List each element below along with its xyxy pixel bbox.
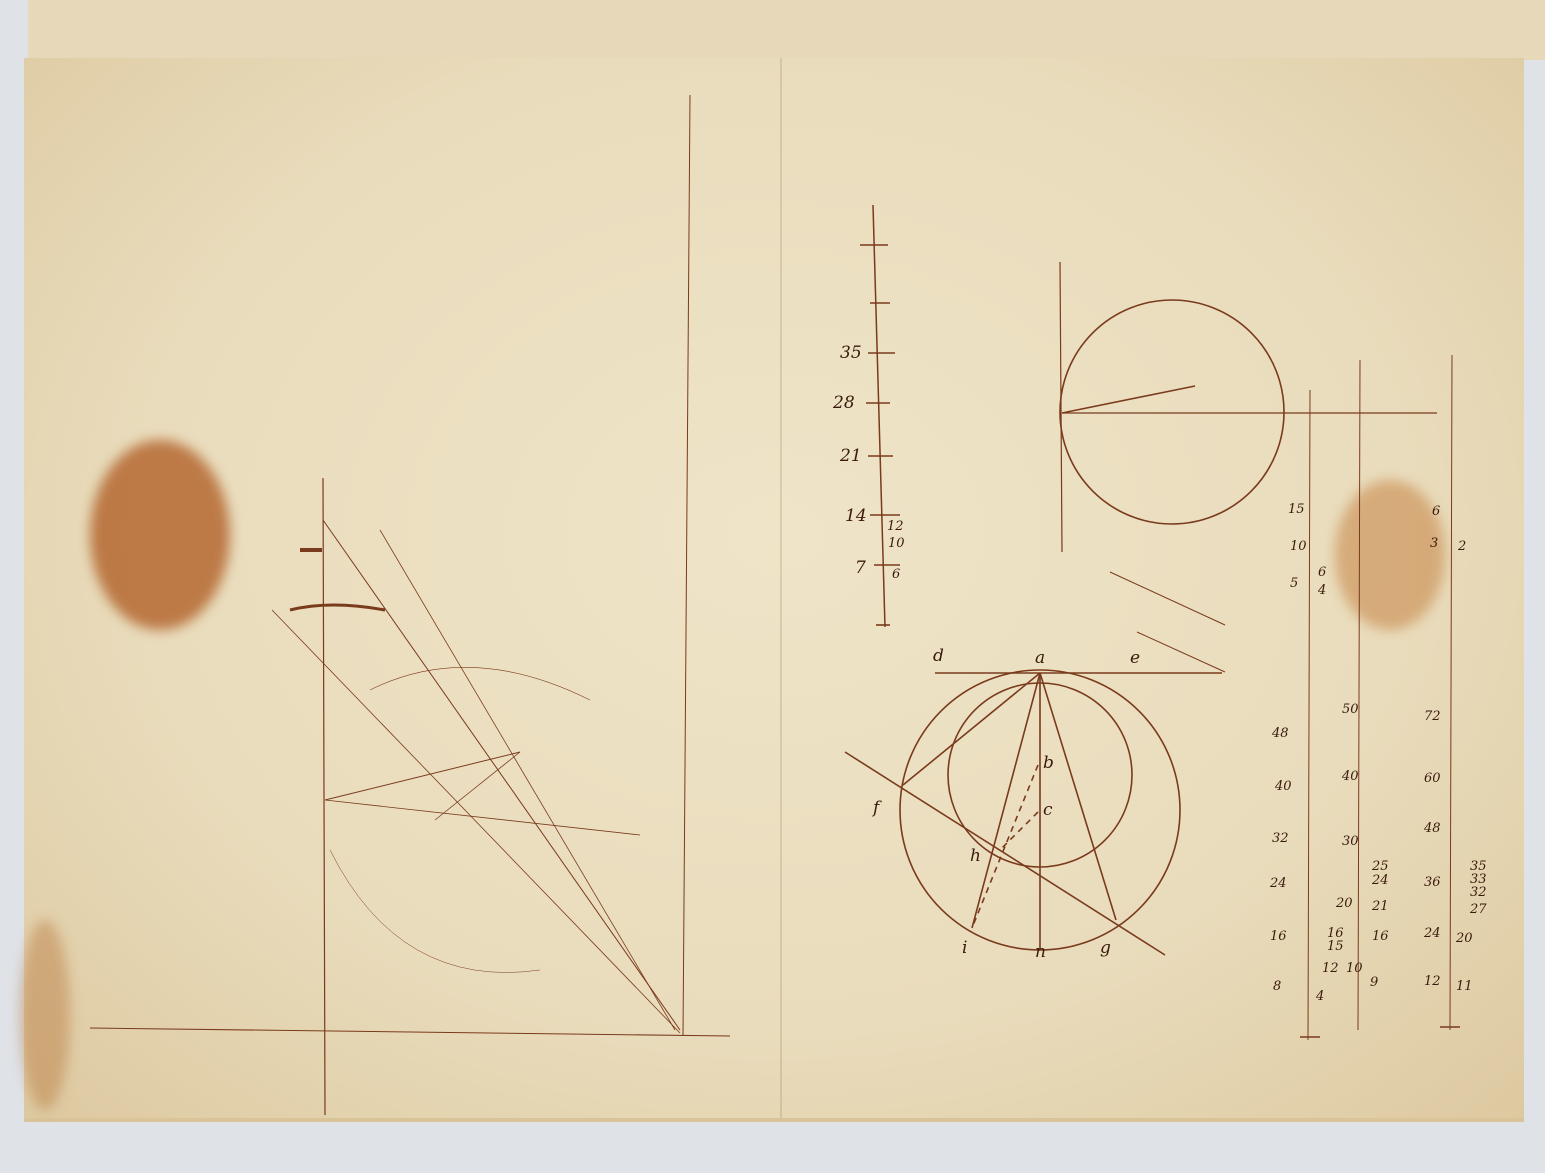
scale-label: 6: [1432, 505, 1440, 518]
scale-label: 9: [1370, 976, 1378, 989]
scale-label: 48: [1424, 822, 1441, 835]
point-label-e: e: [1130, 650, 1140, 667]
scale-label: 12: [887, 520, 904, 533]
scale-label: 12: [1424, 975, 1441, 988]
scale-label: 8: [1273, 980, 1281, 993]
scale-label: 15: [1288, 503, 1305, 516]
scale-label: 21: [840, 448, 862, 465]
scale-label: 6: [1318, 566, 1326, 579]
scale-label: 25: [1372, 860, 1389, 873]
scale-label: 27: [1470, 903, 1487, 916]
scale-label: 30: [1342, 835, 1359, 848]
scale-label: 20: [1456, 932, 1473, 945]
scale-label: 50: [1342, 703, 1359, 716]
point-label-b: b: [1043, 755, 1054, 772]
scale-label: 2: [1458, 540, 1466, 553]
scale-label: 10: [1346, 962, 1363, 975]
scale-label: 36: [1424, 876, 1441, 889]
scale-label: 12: [1322, 962, 1339, 975]
scale-label: 48: [1272, 727, 1289, 740]
point-label-c: c: [1043, 802, 1053, 819]
scale-label: 4: [1316, 990, 1324, 1003]
scale-label: 32: [1272, 832, 1289, 845]
point-label-d: d: [933, 648, 944, 665]
scale-label: 10: [888, 537, 905, 550]
scale-label: 7: [855, 560, 866, 577]
scale-label: 3: [1430, 537, 1438, 550]
scale-label: 16: [1270, 930, 1287, 943]
scale-label: 16: [1372, 930, 1389, 943]
scale-label: 24: [1424, 927, 1441, 940]
point-label-i: i: [962, 940, 967, 957]
scale-label: 24: [1270, 877, 1287, 890]
point-label-a: a: [1035, 650, 1045, 667]
point-label-g: g: [1100, 940, 1111, 957]
point-label-h: h: [970, 848, 981, 865]
scale-label: 60: [1424, 772, 1441, 785]
point-label-n: n: [1035, 944, 1046, 961]
scale-label: 40: [1275, 780, 1292, 793]
scale-label: 14: [845, 508, 867, 525]
scale-label: 32: [1470, 886, 1487, 899]
scale-label: 24: [1372, 874, 1389, 887]
scale-label: 35: [840, 345, 862, 362]
scale-label: 6: [892, 568, 900, 581]
scale-label: 4: [1318, 584, 1326, 597]
scale-label: 11: [1456, 980, 1473, 993]
scale-label: 21: [1372, 900, 1389, 913]
scale-label: 10: [1290, 540, 1307, 553]
scale-label: 40: [1342, 770, 1359, 783]
point-label-f: f: [873, 800, 879, 817]
scale-label: 5: [1290, 577, 1298, 590]
geometric-drawings: [0, 0, 1545, 1173]
scale-label: 28: [833, 395, 855, 412]
scale-label: 20: [1336, 897, 1353, 910]
scale-label: 72: [1424, 710, 1441, 723]
scale-label: 15: [1327, 940, 1344, 953]
